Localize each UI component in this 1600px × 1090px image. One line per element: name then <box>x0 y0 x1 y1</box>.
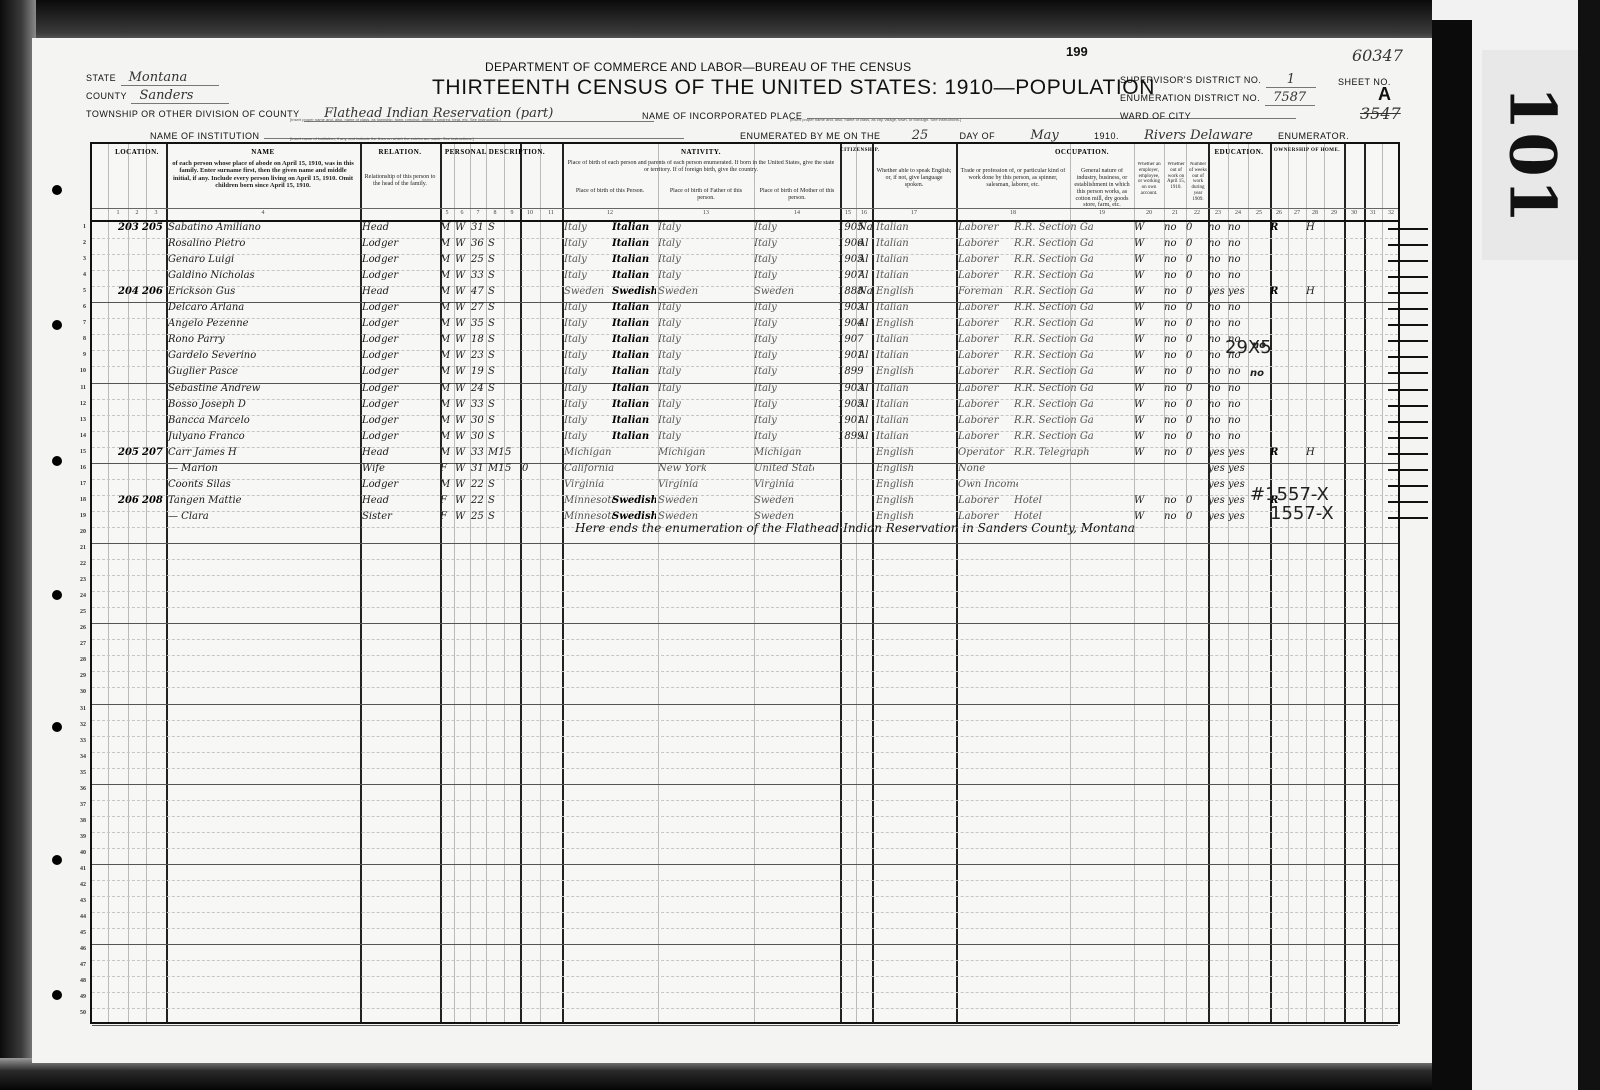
entry-speak: English <box>876 494 946 508</box>
line-number: 29 <box>68 673 86 679</box>
entry-nat: Na <box>858 285 876 299</box>
incorporated-place-label: NAME OF INCORPORATED PLACE <box>642 111 802 121</box>
line-number: 11 <box>68 385 86 391</box>
year-label: 1910. <box>1094 131 1119 141</box>
column-number: 29 <box>1328 210 1340 216</box>
entry-relation: Head <box>362 221 432 235</box>
entry-age: 33 <box>471 398 487 412</box>
film-dark-band <box>1432 20 1472 1090</box>
entry-farm: H <box>1306 446 1320 460</box>
entry-sex: M <box>440 398 454 412</box>
supervisor-district-value: 1 <box>1266 72 1316 88</box>
column-number: 8 <box>489 210 501 216</box>
column-number: 27 <box>1291 210 1303 216</box>
line-number: 19 <box>68 513 86 519</box>
entry-farm: H <box>1306 285 1320 299</box>
line-number: 20 <box>68 529 86 535</box>
entry-birth: Italy <box>564 317 614 331</box>
entry-speak: Italian <box>876 333 946 347</box>
header-birth-mother: Place of birth of Mother of this person. <box>758 188 836 202</box>
header-nativity-note: Place of birth of each person and parent… <box>566 160 836 174</box>
entry-lang_note: Italian <box>612 253 656 267</box>
line-number: 22 <box>68 561 86 567</box>
entry-race: W <box>455 333 469 347</box>
entry-name: Julyano Franco <box>168 430 358 444</box>
entry-read: yes <box>1208 462 1226 476</box>
entry-relation: Lodger <box>362 478 432 492</box>
entry-lang_note: Italian <box>612 398 656 412</box>
line-number: 36 <box>68 786 86 792</box>
punch-hole-icon <box>52 590 62 600</box>
entry-read: no <box>1208 237 1226 251</box>
film-target-strip: 101 <box>1432 0 1600 1090</box>
entry-speak: Italian <box>876 237 946 251</box>
punch-hole-icon <box>52 320 62 330</box>
entry-father: Sweden <box>658 494 706 508</box>
entry-speak: English <box>876 446 946 460</box>
line-number: 26 <box>68 625 86 631</box>
entry-lang_note: Italian <box>612 333 656 347</box>
entry-emp: W <box>1134 398 1154 412</box>
county-label: COUNTY <box>86 91 127 101</box>
entry-lang_note: Italian <box>612 349 656 363</box>
tally-tick-icon <box>1388 276 1428 278</box>
column-number: 5 <box>441 210 453 216</box>
tally-tick-icon <box>1388 501 1428 503</box>
line-number: 10 <box>68 368 86 374</box>
entry-emp: W <box>1134 494 1154 508</box>
line-number: 6 <box>68 304 86 310</box>
entry-name: Galdino Nicholas <box>168 269 358 283</box>
punch-hole-icon <box>52 990 62 1000</box>
entry-father: Virginia <box>658 478 706 492</box>
closing-note: Here ends the enumeration of the Flathea… <box>575 521 1135 535</box>
group-ownership: OWNERSHIP OF HOME. <box>1270 148 1344 153</box>
entry-name: Rono Parry <box>168 333 358 347</box>
entry-years_m: 5 <box>505 462 521 476</box>
entry-speak: English <box>876 462 946 476</box>
entry-birth: Virginia <box>564 478 614 492</box>
entry-relation: Lodger <box>362 365 432 379</box>
entry-lang_note: Italian <box>612 237 656 251</box>
entry-race: W <box>455 349 469 363</box>
entry-nat: Al <box>858 398 876 412</box>
header-birth-father: Place of birth of Father of this person. <box>662 188 750 202</box>
tally-tick-icon <box>1388 372 1428 374</box>
entry-name: Tangen Mattie <box>168 494 358 508</box>
column-number: 19 <box>1096 210 1108 216</box>
line-number: 43 <box>68 898 86 904</box>
line-number: 18 <box>68 497 86 503</box>
line-number: 34 <box>68 754 86 760</box>
state-label: STATE <box>86 73 116 83</box>
entry-mother: Italy <box>754 365 814 379</box>
entry-weeks: 0 <box>1186 253 1202 267</box>
entry-age: 25 <box>471 253 487 267</box>
entry-weeks: 0 <box>1186 221 1202 235</box>
entry-race: W <box>455 221 469 235</box>
entry-industry: R.R. Section Gang <box>1014 365 1094 379</box>
tally-tick-icon <box>1388 405 1428 407</box>
entry-relation: Sister <box>362 510 432 524</box>
entry-industry: R.R. Section Gang <box>1014 253 1094 267</box>
entry-lang_note: Swedish <box>612 494 656 508</box>
entry-trade: Laborer <box>958 349 1018 363</box>
entry-read: no <box>1208 333 1226 347</box>
tally-tick-icon <box>1388 260 1428 262</box>
entry-read: yes <box>1208 510 1226 524</box>
entry-emp: W <box>1134 333 1154 347</box>
entry-race: W <box>455 510 469 524</box>
column-number: 6 <box>456 210 468 216</box>
entry-age: 30 <box>471 414 487 428</box>
entry-years_m: 5 <box>505 446 521 460</box>
document-title: THIRTEENTH CENSUS OF THE UNITED STATES: … <box>432 76 1155 100</box>
entry-read: no <box>1208 253 1226 267</box>
entry-mother: Italy <box>754 237 814 251</box>
entry-age: 30 <box>471 430 487 444</box>
line-number: 48 <box>68 978 86 984</box>
entry-sex: F <box>440 462 454 476</box>
entry-out: no <box>1164 382 1182 396</box>
entry-mother: United States <box>754 462 814 476</box>
line-number: 23 <box>68 577 86 583</box>
column-number: 18 <box>1007 210 1019 216</box>
line-number: 44 <box>68 914 86 920</box>
entry-speak: Italian <box>876 430 946 444</box>
entry-out: no <box>1164 398 1182 412</box>
entry-age: 35 <box>471 317 487 331</box>
entry-emp: W <box>1134 285 1154 299</box>
county-field: COUNTY Sanders <box>86 86 229 104</box>
ward-field: WARD OF CITY <box>1120 106 1296 124</box>
entry-emp: W <box>1134 365 1154 379</box>
column-number: 16 <box>858 210 870 216</box>
entry-emp: W <box>1134 349 1154 363</box>
entry-mother: Italy <box>754 269 814 283</box>
line-number: 21 <box>68 545 86 551</box>
entry-marital: S <box>488 285 506 299</box>
entry-family: 207 <box>142 446 164 460</box>
township-hint: [Insert proper name and, also, name of c… <box>290 117 501 122</box>
tally-tick-icon <box>1388 517 1428 519</box>
entry-age: 22 <box>471 478 487 492</box>
line-number: 38 <box>68 818 86 824</box>
entry-lang_note: Italian <box>612 365 656 379</box>
line-number: 39 <box>68 834 86 840</box>
entry-name: Sebastine Andrew <box>168 382 358 396</box>
enumeration-district-field: ENUMERATION DISTRICT NO. 7587 <box>1120 88 1315 106</box>
entry-name: Coonts Silas <box>168 478 358 492</box>
entry-weeks: 0 <box>1186 301 1202 315</box>
entry-relation: Lodger <box>362 382 432 396</box>
entry-read: no <box>1208 301 1226 315</box>
column-number: 20 <box>1143 210 1155 216</box>
line-number: 28 <box>68 657 86 663</box>
punch-hole-icon <box>52 855 62 865</box>
entry-industry: R.R. Section Gang <box>1014 333 1094 347</box>
entry-weeks: 0 <box>1186 446 1202 460</box>
entry-read: no <box>1208 317 1226 331</box>
entry-write: no <box>1228 317 1246 331</box>
entry-industry: R.R. Section Gang <box>1014 349 1094 363</box>
entry-dwelling: 203 <box>118 221 140 235</box>
group-citizenship: CITIZENSHIP. <box>840 148 872 153</box>
line-number: 46 <box>68 946 86 952</box>
entry-marital: S <box>488 398 506 412</box>
column-number: 17 <box>908 210 920 216</box>
line-number: 3 <box>68 256 86 262</box>
entry-trade: Own Income <box>958 478 1018 492</box>
entry-industry: R.R. Section Gang <box>1014 269 1094 283</box>
entry-race: W <box>455 478 469 492</box>
entry-nat: Na <box>858 221 876 235</box>
entry-relation: Lodger <box>362 269 432 283</box>
line-number: 27 <box>68 641 86 647</box>
entry-name: Bosso Joseph D <box>168 398 358 412</box>
entry-industry: R.R. Section Gang <box>1014 237 1094 251</box>
entry-birth: Italy <box>564 237 614 251</box>
entry-birth: Italy <box>564 221 614 235</box>
entry-age: 22 <box>471 494 487 508</box>
column-number: 3 <box>150 210 162 216</box>
entry-weeks: 0 <box>1186 349 1202 363</box>
entry-emp: W <box>1134 317 1154 331</box>
entry-read: no <box>1208 382 1226 396</box>
group-personal-description: PERSONAL DESCRIPTION. <box>440 148 550 156</box>
entry-nat: Al <box>858 430 876 444</box>
entry-lang_note: Italian <box>612 269 656 283</box>
county-value: Sanders <box>131 88 229 104</box>
tally-tick-icon <box>1388 421 1428 423</box>
tally-tick-icon <box>1388 340 1428 342</box>
entry-read: no <box>1208 365 1226 379</box>
entry-weeks: 0 <box>1186 398 1202 412</box>
entry-out: no <box>1164 349 1182 363</box>
ward-label: WARD OF CITY <box>1120 111 1191 121</box>
entry-mother: Michigan <box>754 446 814 460</box>
entry-speak: Italian <box>876 349 946 363</box>
entry-marital: S <box>488 269 506 283</box>
entry-name: Gardelo Severino <box>168 349 358 363</box>
ownership-code-annotation-2: #1557-X <box>1250 484 1329 505</box>
entry-lang_note: Italian <box>612 414 656 428</box>
entry-nat: Al <box>858 269 876 283</box>
entry-age: 33 <box>471 446 487 460</box>
entry-read: yes <box>1208 285 1226 299</box>
entry-father: Italy <box>658 253 706 267</box>
entry-age: 25 <box>471 510 487 524</box>
entry-trade: Laborer <box>958 398 1018 412</box>
entry-relation: Head <box>362 446 432 460</box>
entry-birth: California <box>564 462 614 476</box>
entry-emp: W <box>1134 382 1154 396</box>
entry-out: no <box>1164 446 1182 460</box>
entry-weeks: 0 <box>1186 285 1202 299</box>
entry-emp: W <box>1134 446 1154 460</box>
entry-marital: S <box>488 317 506 331</box>
entry-father: Michigan <box>658 446 706 460</box>
entry-read: no <box>1208 430 1226 444</box>
entry-birth: Italy <box>564 382 614 396</box>
entry-relation: Head <box>362 494 432 508</box>
entry-mother: Italy <box>754 382 814 396</box>
entry-lang_note: Italian <box>612 301 656 315</box>
header-out-of-work: Whether out of work on April 15, 1910. <box>1166 162 1186 191</box>
entry-industry: R.R. Section Gang <box>1014 398 1094 412</box>
entry-father: Italy <box>658 430 706 444</box>
entry-trade: Laborer <box>958 221 1018 235</box>
line-number: 16 <box>68 465 86 471</box>
entry-trade: Laborer <box>958 494 1018 508</box>
entry-industry: R.R. Section Gang <box>1014 301 1094 315</box>
line-number: 15 <box>68 449 86 455</box>
header-employer: Whether an employer, employee, or workin… <box>1136 162 1162 197</box>
entry-mother: Italy <box>754 221 814 235</box>
entry-sex: F <box>440 494 454 508</box>
entry-age: 36 <box>471 237 487 251</box>
entry-write: yes <box>1228 510 1246 524</box>
entry-father: Italy <box>658 269 706 283</box>
entry-out: no <box>1164 317 1182 331</box>
entry-age: 19 <box>471 365 487 379</box>
entry-sex: M <box>440 478 454 492</box>
line-number: 9 <box>68 352 86 358</box>
entry-sex: M <box>440 317 454 331</box>
entry-relation: Lodger <box>362 349 432 363</box>
punch-hole-icon <box>52 456 62 466</box>
entry-birth: Italy <box>564 414 614 428</box>
line-number: 7 <box>68 320 86 326</box>
entry-age: 31 <box>471 221 487 235</box>
entry-industry: Hotel <box>1014 494 1094 508</box>
column-number: 21 <box>1169 210 1181 216</box>
entry-lang_note: Italian <box>612 430 656 444</box>
entry-out: no <box>1164 285 1182 299</box>
entry-trade: Laborer <box>958 430 1018 444</box>
entry-read: no <box>1208 398 1226 412</box>
line-number: 35 <box>68 770 86 776</box>
entry-industry: R.R. Section Gang <box>1014 285 1094 299</box>
entry-speak: English <box>876 365 946 379</box>
entry-birth: Michigan <box>564 446 614 460</box>
entry-mother: Italy <box>754 301 814 315</box>
tally-tick-icon <box>1388 389 1428 391</box>
incorporated-hint: [Insert proper name and, also, name of c… <box>790 117 961 122</box>
column-number: 28 <box>1309 210 1321 216</box>
entry-marital: S <box>488 414 506 428</box>
column-number: 12 <box>604 210 616 216</box>
entry-read: yes <box>1208 478 1226 492</box>
column-number: 14 <box>791 210 803 216</box>
column-number: 7 <box>472 210 484 216</box>
film-frame-label: 101 <box>1482 50 1582 260</box>
line-number: 47 <box>68 962 86 968</box>
tally-tick-icon <box>1388 292 1428 294</box>
group-occupation: OCCUPATION. <box>956 148 1208 156</box>
line-number: 12 <box>68 401 86 407</box>
entry-nat: Al <box>858 382 876 396</box>
entry-marital: S <box>488 349 506 363</box>
header-trade: Trade or profession of, or particular ki… <box>960 168 1066 189</box>
entry-sex: M <box>440 382 454 396</box>
entry-race: W <box>455 253 469 267</box>
education-note-no-2: no <box>1250 368 1264 379</box>
township-label: TOWNSHIP OR OTHER DIVISION OF COUNTY <box>86 109 300 119</box>
entry-write: yes <box>1228 462 1246 476</box>
entry-name: Guglier Pasce <box>168 365 358 379</box>
tally-tick-icon <box>1388 244 1428 246</box>
column-number: 4 <box>257 210 269 216</box>
entry-write: yes <box>1228 446 1246 460</box>
entry-age: 47 <box>471 285 487 299</box>
tally-tick-icon <box>1388 228 1428 230</box>
entry-write: no <box>1228 430 1246 444</box>
entry-out: no <box>1164 510 1182 524</box>
entry-family: 208 <box>142 494 164 508</box>
entry-write: no <box>1228 237 1246 251</box>
entry-race: W <box>455 414 469 428</box>
column-number: 25 <box>1253 210 1265 216</box>
entry-dwelling: 204 <box>118 285 140 299</box>
ownership-code-annotation-3: 1557-X <box>1270 503 1334 524</box>
film-right-edge <box>1578 0 1600 1090</box>
column-number: 11 <box>545 210 557 216</box>
entry-marital: S <box>488 382 506 396</box>
entry-birth: Minnesota <box>564 494 614 508</box>
entry-sex: M <box>440 253 454 267</box>
entry-birth: Italy <box>564 365 614 379</box>
entry-father: Sweden <box>658 285 706 299</box>
line-number: 50 <box>68 1010 86 1016</box>
entry-birth: Italy <box>564 398 614 412</box>
entry-weeks: 0 <box>1186 510 1202 524</box>
entry-write: yes <box>1228 478 1246 492</box>
entry-nat: Al <box>858 414 876 428</box>
column-number: 23 <box>1212 210 1224 216</box>
enumeration-district-label: ENUMERATION DISTRICT NO. <box>1120 93 1260 103</box>
entry-mother: Italy <box>754 430 814 444</box>
entry-marital: S <box>488 301 506 315</box>
entry-race: W <box>455 494 469 508</box>
entry-marital: S <box>488 237 506 251</box>
entry-relation: Head <box>362 285 432 299</box>
entry-nat: Al <box>858 301 876 315</box>
column-number: 2 <box>131 210 143 216</box>
entry-out: no <box>1164 253 1182 267</box>
entry-name: Angelo Pezenne <box>168 317 358 331</box>
entry-weeks: 0 <box>1186 430 1202 444</box>
entry-sex: M <box>440 237 454 251</box>
entry-out: no <box>1164 221 1182 235</box>
entry-write: no <box>1228 382 1246 396</box>
line-number: 14 <box>68 433 86 439</box>
entry-out: no <box>1164 301 1182 315</box>
line-number: 42 <box>68 882 86 888</box>
entry-weeks: 0 <box>1186 317 1202 331</box>
corner-annotation: 60347 <box>1352 46 1403 65</box>
entry-sex: M <box>440 285 454 299</box>
line-number: 30 <box>68 689 86 695</box>
entry-emp: W <box>1134 510 1154 524</box>
entry-birth: Italy <box>564 349 614 363</box>
entry-age: 33 <box>471 269 487 283</box>
entry-relation: Lodger <box>362 301 432 315</box>
entry-name: Delcaro Arlana <box>168 301 358 315</box>
entry-father: Italy <box>658 365 706 379</box>
punch-hole-icon <box>52 722 62 732</box>
entry-weeks: 0 <box>1186 382 1202 396</box>
